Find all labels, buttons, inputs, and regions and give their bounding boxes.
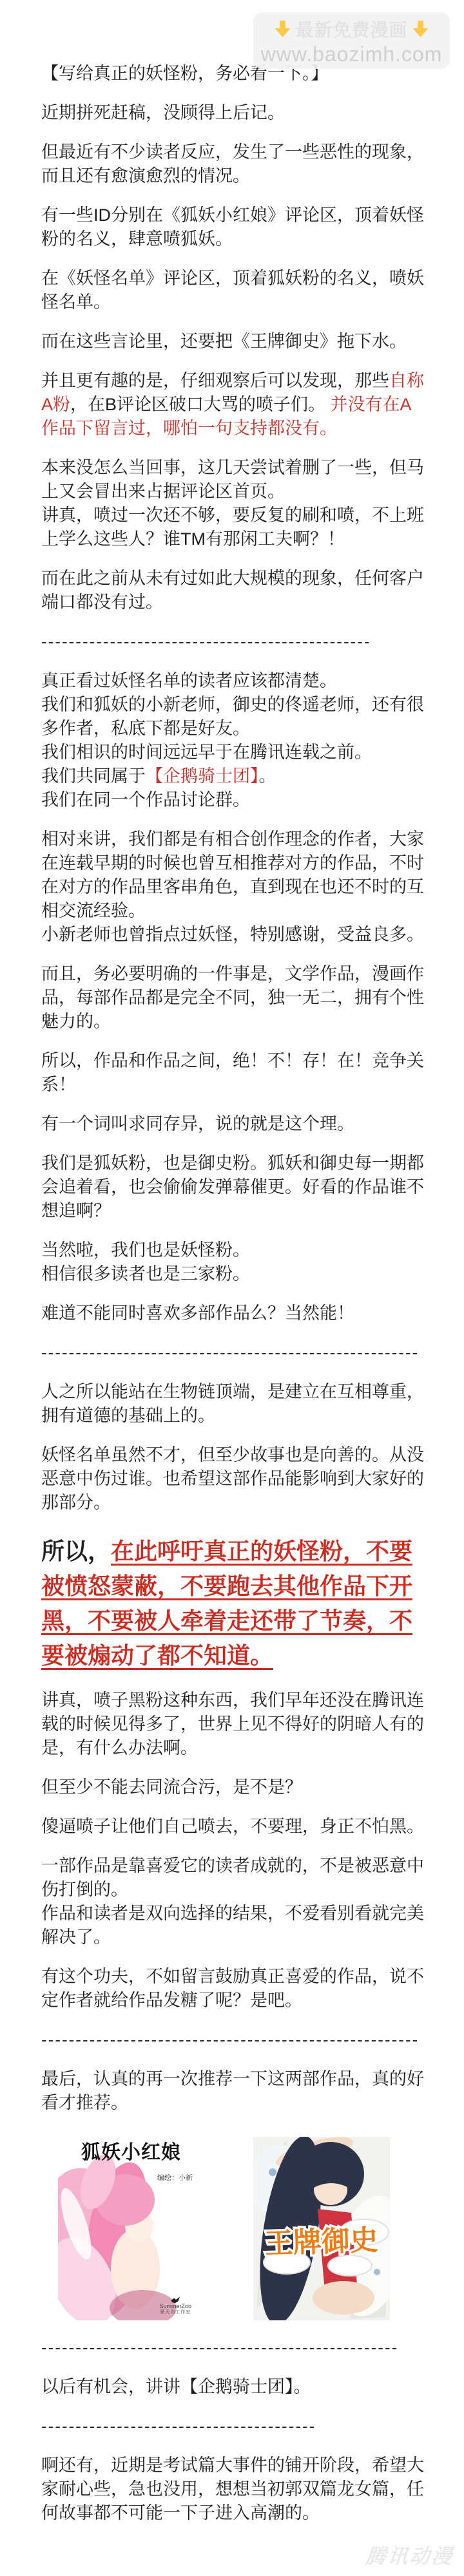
paragraph: 我们在同一个作品讨论群。 (41, 788, 428, 812)
cover-wangpai-yushi: 王牌御史 (253, 2137, 392, 2320)
point-down-emoji (275, 21, 290, 37)
paragraph: 难道不能同时喜欢多部作品么？当然能！ (41, 1302, 428, 1325)
body-text: 所以， (41, 1538, 111, 1564)
body-text: 以后有机会，讲讲【企鹅骑士团】。 (41, 2377, 311, 2396)
body-text: 但至少不能去同流合污，是不是？ (41, 1777, 302, 1797)
body-text: ，在B评论区破口大骂的喷子们。 (70, 395, 331, 414)
paragraph: 所以，作品和作品之间，绝！不！存！在！竞争关系！ (41, 1049, 428, 1097)
dashed-divider: ---------------------------------------- (41, 2414, 428, 2438)
body-text: 而且，务必要明确的一件事是，文学作品，漫画作品，每部作品都是完全不同，独一无二，… (41, 964, 424, 1031)
dashed-divider: ----------------------------------------… (41, 2028, 428, 2052)
afterword-text: 【写给真正的妖怪粉，务必看一下。】近期拼死赶稿，没顾得上后记。但最近有不少读者反… (0, 0, 464, 2525)
point-down-emoji (413, 21, 429, 37)
paragraph: 有一个词叫求同存异，说的就是这个理。 (41, 1112, 428, 1136)
body-text: 讲真，喷过一次还不够，要反复的刷和喷，不上班上学么这些人？谁TM有那闲工夫啊？！ (41, 506, 424, 549)
body-text: 有一些ID分别在《狐妖小红娘》评论区，顶着妖怪粉的名义，肆意喷狐妖。 (41, 205, 424, 249)
body-text: 相信很多读者也是三家粉。 (41, 1264, 250, 1283)
body-text: 小新老师也曾指点过妖怪，特别感谢，受益良多。 (41, 925, 424, 944)
dashed-divider: ----------------------------------------… (41, 1341, 428, 1365)
body-text: 有一个词叫求同存异，说的就是这个理。 (41, 1114, 354, 1133)
paragraph: 我们共同属于【企鹅骑士团】。 (41, 764, 428, 788)
paragraph: 而在这些言论里，还要把《王牌御史》拖下水。 (41, 330, 428, 354)
paragraph: 近期拼死赶稿，没顾得上后记。 (41, 101, 428, 125)
body-text: 作品和读者是双向选择的结果，不爱看别看就完美解决了。 (41, 1904, 424, 1947)
paragraph: 而在此之前从未有过如此大规模的现象，任何客户端口都没有过。 (41, 567, 428, 614)
paragraph: 我们是狐妖粉，也是御史粉。狐妖和御史每一期都会追着看，也会偷偷发弹幕催更。好看的… (41, 1151, 428, 1223)
body-text: 我们相识的时间远远早于在腾讯连载之前。 (41, 743, 372, 762)
paragraph: 有一些ID分别在《狐妖小红娘》评论区，顶着妖怪粉的名义，肆意喷狐妖。 (41, 204, 428, 251)
body-text: 我们在同一个作品讨论群。 (41, 790, 250, 810)
cover-credit: 编绘：小新 (157, 2166, 193, 2190)
body-text: 人之所以能站在生物链顶端，是建立在互相尊重，拥有道德的基础上的。 (41, 1382, 424, 1425)
body-text: 难道不能同时喜欢多部作品么？当然能！ (41, 1303, 354, 1323)
paragraph: 傻逼喷子让他们自己喷去，不要理，身正不怕黑。 (41, 1815, 428, 1839)
body-text: 我们和狐妖的小新老师，御史的佟遥老师，还有很多作者，私底下都是好友。 (41, 695, 424, 738)
body-text: 真正看过妖怪名单的读者应该都清楚。 (41, 671, 337, 690)
paragraph: 作品和读者是双向选择的结果，不爱看别看就完美解决了。 (41, 1902, 428, 1949)
afterword-page: 最新免费漫画 www.baozimh.com 【写给真正的妖怪粉，务必看一下。】… (0, 0, 464, 2576)
body-text: 近期拼死赶稿，没顾得上后记。 (41, 103, 285, 122)
paragraph: 有这个功夫，不如留言鼓励真正喜爱的作品，说不定作者就给作品发糖了呢？是吧。 (41, 1965, 428, 2012)
paragraph: 但最近有不少读者反应，发生了一些恶性的现象，而且还有愈演愈烈的情况。 (41, 140, 428, 188)
dashed-divider: ----------------------------------------… (41, 2336, 428, 2360)
watermark-line1: 最新免费漫画 (275, 16, 428, 42)
body-text: 我们共同属于 (41, 766, 146, 786)
baozimh-watermark-overlay: 最新免费漫画 www.baozimh.com (253, 12, 450, 69)
body-text: 但最近有不少读者反应，发生了一些恶性的现象，而且还有愈演愈烈的情况。 (41, 142, 424, 185)
paragraph: 啊还有，近期是考试篇大事件的铺开阶段，希望大家耐心些，急也没用，想想当初郭双篇龙… (41, 2454, 428, 2525)
paragraph: 妖怪名单虽然不才，但至少故事也是向善的。从没恶意中伤过谁。也希望这部作品能影响到… (41, 1443, 428, 1515)
body-text: 有这个功夫，不如留言鼓励真正喜爱的作品，说不定作者就给作品发糖了呢？是吧。 (41, 1967, 424, 2010)
body-text: 相对来讲，我们都是有相合创作理念的作者，大家在连载早期的时候也曾互相推荐对方的作… (41, 829, 424, 920)
watermark-slogan: 最新免费漫画 (295, 16, 407, 42)
recommended-covers: 狐妖小红娘 编绘：小新 SummerZoo 夏天岛工作室 (58, 2137, 428, 2320)
paragraph: 最后，认真的再一次推荐一下这两部作品，真的好看才推荐。 (41, 2067, 428, 2115)
dashed-divider: ----------------------------------------… (41, 630, 428, 654)
paragraph: 在《妖怪名单》评论区，顶着狐妖粉的名义，喷妖怪名单。 (41, 267, 428, 314)
body-text: 我们是狐妖粉，也是御史粉。狐妖和御史每一期都会追着看，也会偷偷发弹幕催更。好看的… (41, 1153, 424, 1220)
paragraph: 但至少不能去同流合污，是不是？ (41, 1776, 428, 1799)
body-text: 讲真，喷子黑粉这种东西，我们早年还没在腾讯连载的时候见得多了，世界上见不得好的阴… (41, 1690, 424, 1757)
studio-bird-icon (171, 2297, 180, 2303)
body-text: 在《妖怪名单》评论区，顶着狐妖粉的名义，喷妖怪名单。 (41, 269, 424, 312)
paragraph: 讲真，喷子黑粉这种东西，我们早年还没在腾讯连载的时候见得多了，世界上见不得好的阴… (41, 1689, 428, 1760)
paragraph: 并且更有趣的是，仔细观察后可以发现，那些自称A粉，在B评论区破口大骂的喷子们。 … (41, 369, 428, 440)
paragraph: 小新老师也曾指点过妖怪，特别感谢，受益良多。 (41, 923, 428, 947)
wangpai-yushi-cover-art: 王牌御史 (253, 2137, 390, 2320)
body-text: 当然啦，我们也是妖怪粉。 (41, 1240, 250, 1260)
body-text: 本来没怎么当回事，这几天尝试着删了一些，但马上又会冒出来占据评论区首页。 (41, 458, 424, 501)
body-text: 傻逼喷子让他们自己喷去，不要理，身正不怕黑。 (41, 1817, 424, 1836)
paragraph: 我们相识的时间远远早于在腾讯连载之前。 (41, 741, 428, 764)
studio-logo: SummerZoo 夏天岛工作室 (159, 2297, 191, 2315)
paragraph: 人之所以能站在生物链顶端，是建立在互相尊重，拥有道德的基础上的。 (41, 1380, 428, 1428)
paragraph: 当然啦，我们也是妖怪粉。 (41, 1238, 428, 1262)
paragraph: 讲真，喷过一次还不够，要反复的刷和喷，不上班上学么这些人？谁TM有那闲工夫啊？！ (41, 504, 428, 551)
body-text: 所以，作品和作品之间，绝！不！存！在！竞争关系！ (41, 1051, 424, 1094)
paragraph: 本来没怎么当回事，这几天尝试着删了一些，但马上又会冒出来占据评论区首页。 (41, 456, 428, 504)
body-text: 一部作品是靠喜爱它的读者成就的，不是被恶意中伤打倒的。 (41, 1856, 424, 1899)
body-text: 而在这些言论里，还要把《王牌御史》拖下水。 (41, 332, 407, 351)
paragraph: 相信很多读者也是三家粉。 (41, 1262, 428, 1286)
callout-paragraph: 所以，在此呼吁真正的妖怪粉，不要被愤怒蒙蔽，不要跑去其他作品下开黑，不要被人牵着… (41, 1534, 428, 1673)
paragraph: 相对来讲，我们都是有相合创作理念的作者，大家在连载早期的时候也曾互相推荐对方的作… (41, 828, 428, 923)
paragraph: 而且，务必要明确的一件事是，文学作品，漫画作品，每部作品都是完全不同，独一无二，… (41, 962, 428, 1034)
cover-title-fox-spirit: 狐妖小红娘 (81, 2141, 181, 2164)
body-text: 而在此之前从未有过如此大规模的现象，任何客户端口都没有过。 (41, 569, 424, 612)
paragraph: 我们和狐妖的小新老师，御史的佟遥老师，还有很多作者，私底下都是好友。 (41, 693, 428, 741)
cover-title-wangpai-yushi: 王牌御史 (264, 2224, 379, 2260)
body-text: 。 (259, 766, 276, 786)
paragraph: 以后有机会，讲讲【企鹅骑士团】。 (41, 2375, 428, 2399)
paragraph: 真正看过妖怪名单的读者应该都清楚。 (41, 669, 428, 693)
watermark-site-url: www.baozimh.com (261, 43, 443, 65)
highlighted-text: 【企鹅骑士团】 (146, 766, 259, 786)
body-text: 妖怪名单虽然不才，但至少故事也是向善的。从没恶意中伤过谁。也希望这部作品能影响到… (41, 1445, 424, 1512)
paragraph: 一部作品是靠喜爱它的读者成就的，不是被恶意中伤打倒的。 (41, 1854, 428, 1902)
body-text: 最后，认真的再一次推荐一下这两部作品，真的好看才推荐。 (41, 2069, 424, 2112)
body-text: 啊还有，近期是考试篇大事件的铺开阶段，希望大家耐心些，急也没用，想想当初郭双篇龙… (41, 2456, 424, 2523)
cover-fox-spirit-matchmaker: 狐妖小红娘 编绘：小新 SummerZoo 夏天岛工作室 (58, 2137, 197, 2320)
body-text: 并且更有趣的是，仔细观察后可以发现，那些 (41, 371, 389, 390)
tencent-comics-watermark: 腾讯动漫 (365, 2540, 456, 2569)
